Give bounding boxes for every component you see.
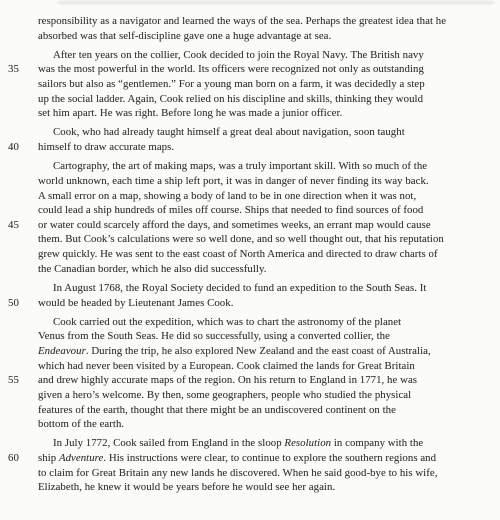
passage-line: which had never been visited by a Europe… [0, 359, 500, 374]
passage-line: Elizabeth, he knew it would be years bef… [0, 480, 500, 495]
passage-line-text: Endeavour. During the trip, he also expl… [38, 344, 500, 359]
passage-line-text: ship Adventure. His instructions were cl… [38, 451, 500, 466]
passage-line: given a hero’s welcome. By then, some ge… [0, 388, 500, 403]
line-number: 50 [8, 296, 34, 311]
passage-line: them. But Cook’s calculations were so we… [0, 232, 500, 247]
line-number: 40 [8, 140, 34, 155]
passage-line: 45or water could scarcely afford the day… [0, 218, 500, 233]
passage-line: After ten years on the collier, Cook dec… [0, 48, 500, 63]
passage-line: grew quickly. He was sent to the east co… [0, 247, 500, 262]
passage-line-text: the Canadian border, which he also did s… [38, 262, 500, 277]
passage-line-text: responsibility as a navigator and learne… [38, 14, 500, 29]
passage-line: the Canadian border, which he also did s… [0, 262, 500, 277]
passage-line: to claim for Great Britain any new lands… [0, 466, 500, 481]
passage-line-text: set him apart. He was right. Before long… [38, 106, 500, 121]
passage-line-text: sailors but also as “gentlemen.” For a y… [38, 77, 500, 92]
passage-line: 35was the most powerful in the world. It… [0, 62, 500, 77]
passage-line: 40himself to draw accurate maps. [0, 140, 500, 155]
passage-line-text: which had never been visited by a Europe… [38, 359, 500, 374]
passage-line: 50would be headed by Lieutenant James Co… [0, 296, 500, 311]
passage-line-text: and drew highly accurate maps of the reg… [38, 373, 500, 388]
line-number: 60 [8, 451, 34, 466]
passage-line: In July 1772, Cook sailed from England i… [0, 436, 500, 451]
passage-line-text: them. But Cook’s calculations were so we… [38, 232, 500, 247]
passage-line-text: could lead a ship hundreds of miles off … [38, 203, 500, 218]
passage-line: could lead a ship hundreds of miles off … [0, 203, 500, 218]
passage-line-text: Venus from the South Seas. He did so suc… [38, 329, 500, 344]
passage-line-text: A small error on a map, showing a body o… [38, 189, 500, 204]
line-number: 35 [8, 62, 34, 77]
passage-line: set him apart. He was right. Before long… [0, 106, 500, 121]
passage-line-text: up the social ladder. Again, Cook relied… [38, 92, 500, 107]
passage-line: Cook carried out the expedition, which w… [0, 315, 500, 330]
passage-line: Endeavour. During the trip, he also expl… [0, 344, 500, 359]
passage-line-text: was the most powerful in the world. Its … [38, 62, 500, 77]
passage-line: Venus from the South Seas. He did so suc… [0, 329, 500, 344]
passage-line-text: or water could scarcely afford the days,… [38, 218, 500, 233]
passage-line-text: Elizabeth, he knew it would be years bef… [38, 480, 500, 495]
line-number: 55 [8, 373, 34, 388]
passage-line: A small error on a map, showing a body o… [0, 189, 500, 204]
passage-line-text: would be headed by Lieutenant James Cook… [38, 296, 500, 311]
passage-line-text: to claim for Great Britain any new lands… [38, 466, 500, 481]
passage-line-text: Cook carried out the expedition, which w… [53, 315, 500, 330]
passage-line-text: grew quickly. He was sent to the east co… [38, 247, 500, 262]
passage-line: absorbed was that self-discipline gave o… [0, 29, 500, 44]
passage-line: 55and drew highly accurate maps of the r… [0, 373, 500, 388]
passage-line: Cook, who had already taught himself a g… [0, 125, 500, 140]
passage-line-text: bottom of the earth. [38, 417, 500, 432]
passage-line-text: In August 1768, the Royal Society decide… [53, 281, 500, 296]
passage-line-text: given a hero’s welcome. By then, some ge… [38, 388, 500, 403]
passage-line: Cartography, the art of making maps, was… [0, 159, 500, 174]
passage-line-text: world unknown, each time a ship left por… [38, 174, 500, 189]
passage-line: bottom of the earth. [0, 417, 500, 432]
passage-line-text: Cook, who had already taught himself a g… [53, 125, 500, 140]
passage-line: 60ship Adventure. His instructions were … [0, 451, 500, 466]
line-number: 45 [8, 218, 34, 233]
passage-line-text: After ten years on the collier, Cook dec… [53, 48, 500, 63]
passage-text: responsibility as a navigator and learne… [0, 14, 500, 495]
passage-line-text: Cartography, the art of making maps, was… [53, 159, 500, 174]
passage-line: In August 1768, the Royal Society decide… [0, 281, 500, 296]
passage-line-text: absorbed was that self-discipline gave o… [38, 29, 500, 44]
passage-line: up the social ladder. Again, Cook relied… [0, 92, 500, 107]
passage-line-text: In July 1772, Cook sailed from England i… [53, 436, 500, 451]
document-page: responsibility as a navigator and learne… [0, 0, 500, 520]
passage-line-text: himself to draw accurate maps. [38, 140, 500, 155]
cropped-previous-line-artifact [58, 1, 494, 4]
passage-line: sailors but also as “gentlemen.” For a y… [0, 77, 500, 92]
passage-line: responsibility as a navigator and learne… [0, 14, 500, 29]
passage-line: features of the earth, thought that ther… [0, 403, 500, 418]
passage-line-text: features of the earth, thought that ther… [38, 403, 500, 418]
passage-line: world unknown, each time a ship left por… [0, 174, 500, 189]
